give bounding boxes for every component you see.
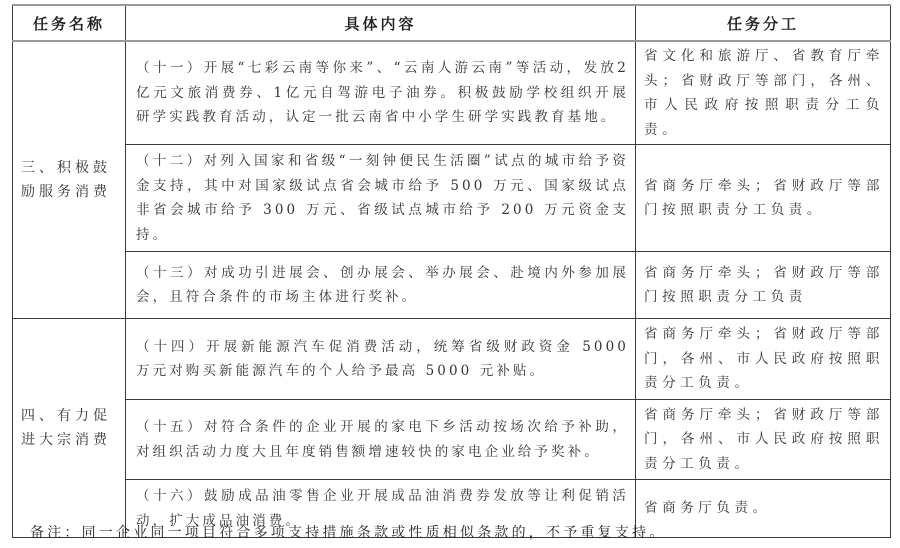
content-cell: （十五）对符合条件的企业开展的家电下乡活动按场次给予补助，对组织活动力度大且年度… bbox=[126, 400, 636, 480]
header-task-division: 任务分工 bbox=[636, 5, 891, 41]
table-row: 三、积极鼓励服务消费 （十一）开展“七彩云南等你来”、“云南人游云南”等活动，发… bbox=[13, 41, 891, 145]
table-row: （十五）对符合条件的企业开展的家电下乡活动按场次给予补助，对组织活动力度大且年度… bbox=[13, 400, 891, 480]
responsibility-cell: 省商务厅牵头；省财政厅等部门，各州、市人民政府按照职责分工负责。 bbox=[636, 400, 891, 480]
policy-task-table: 任务名称 具体内容 任务分工 三、积极鼓励服务消费 （十一）开展“七彩云南等你来… bbox=[12, 4, 891, 538]
content-cell: （十二）对列入国家和省级“一刻钟便民生活圈”试点的城市给予资金支持，其中对国家级… bbox=[126, 145, 636, 252]
header-task-name: 任务名称 bbox=[13, 5, 126, 41]
responsibility-cell: 省商务厅负责。 bbox=[636, 480, 891, 538]
responsibility-cell: 省商务厅牵头；省财政厅等部门，各州、市人民政府按照职责分工负责。 bbox=[636, 319, 891, 400]
responsibility-cell: 省文化和旅游厅、省教育厅牵头；省财政厅等部门，各州、市人民政府按照职责分工负责。 bbox=[636, 41, 891, 145]
table-header-row: 任务名称 具体内容 任务分工 bbox=[13, 5, 891, 41]
content-cell: （十四）开展新能源汽车促消费活动，统筹省级财政资金 5000 万元对购买新能源汽… bbox=[126, 319, 636, 400]
category-cell-service-consumption: 三、积极鼓励服务消费 bbox=[13, 41, 126, 319]
table-row: （十三）对成功引进展会、创办展会、举办展会、赴境内外参加展会，且符合条件的市场主… bbox=[13, 252, 891, 319]
footnote: 备注：同一企业同一项目符合多项支持措施条款或性质相似条款的，不予重复支持。 bbox=[30, 522, 666, 542]
content-cell: （十一）开展“七彩云南等你来”、“云南人游云南”等活动，发放2亿元文旅消费券、1… bbox=[126, 41, 636, 145]
table-row: 四、有力促进大宗消费 （十四）开展新能源汽车促消费活动，统筹省级财政资金 500… bbox=[13, 319, 891, 400]
table-row: （十二）对列入国家和省级“一刻钟便民生活圈”试点的城市给予资金支持，其中对国家级… bbox=[13, 145, 891, 252]
header-specific-content: 具体内容 bbox=[126, 5, 636, 41]
category-cell-bulk-consumption: 四、有力促进大宗消费 bbox=[13, 319, 126, 538]
responsibility-cell: 省商务厅牵头；省财政厅等部门按照职责分工负责。 bbox=[636, 145, 891, 252]
content-cell: （十三）对成功引进展会、创办展会、举办展会、赴境内外参加展会，且符合条件的市场主… bbox=[126, 252, 636, 319]
responsibility-cell: 省商务厅牵头；省财政厅等部门按照职责分工负责 bbox=[636, 252, 891, 319]
